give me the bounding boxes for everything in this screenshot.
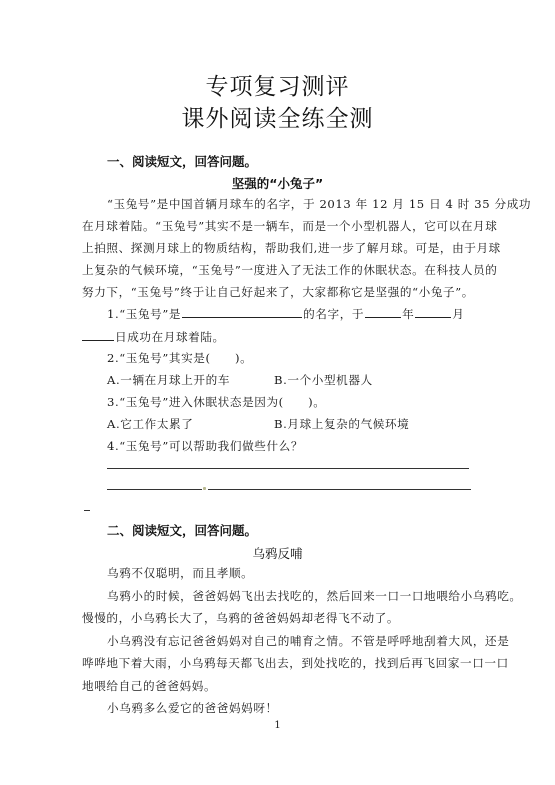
passage-1-line: “玉兔号”是中国首辆月球车的名字，于 2013 年 12 月 15 日 4 时 … <box>107 196 474 212</box>
section-2-heading: 二、阅读短文，回答问题。 <box>107 521 257 539</box>
answer-blank-month[interactable] <box>415 305 451 318</box>
option-text: 它工作太累了 <box>120 417 193 431</box>
question-text: 的名字，于 <box>303 307 364 321</box>
passage-2-line: 哗哗地下着大雨，小乌鸦每天都飞出去，到处找吃的，找到后再飞回家一口一口 <box>82 655 474 671</box>
question-4: 4.“玉兔号”可以帮助我们做些什么？ <box>107 438 474 454</box>
question-text: “玉兔号”进入休眠状态是因为( )。 <box>119 395 325 409</box>
question-text: 年 <box>402 307 414 321</box>
passage-1-line: 上复杂的气候环境，“玉兔号”一度进入了无法工作的休眠状态。在科技人员的 <box>82 262 474 278</box>
question-2: 2.“玉兔号”其实是( )。 <box>107 350 474 366</box>
option-3a[interactable]: A.它工作太累了 <box>107 416 193 432</box>
passage-2-line: 小乌鸦没有忘记爸爸妈妈对自己的哺育之情。不管是呼呼地刮着大风，还是 <box>107 633 474 649</box>
question-1-continued: 日成功在月球着陆。 <box>82 328 474 345</box>
option-label: B. <box>274 373 287 387</box>
question-number: 4. <box>107 439 119 453</box>
answer-blank-name[interactable] <box>182 305 302 318</box>
period-mark <box>203 487 206 490</box>
question-number: 3. <box>107 395 119 409</box>
passage-1-line: 努力下，“玉兔号”终于让自己好起来了，大家都称它是坚强的“小兔子”。 <box>82 284 474 300</box>
answer-blank-day[interactable] <box>82 328 114 341</box>
option-2b[interactable]: B.一个小型机器人 <box>274 372 373 388</box>
option-2a[interactable]: A.一辆在月球上开的车 <box>107 372 230 388</box>
option-3b[interactable]: B.月球上复杂的气候环境 <box>274 416 409 432</box>
question-text: “玉兔号”可以帮助我们做些什么？ <box>119 439 303 453</box>
passage-1-line: 在月球着陆。“玉兔号”其实不是一辆车，而是一个小型机器人，它可以在月球 <box>82 218 474 234</box>
document-page: 专项复习测评 课外阅读全练全测 一、阅读短文，回答问题。 坚强的“小兔子” “玉… <box>0 0 555 785</box>
document-subtitle: 课外阅读全练全测 <box>0 100 555 133</box>
answer-blank-year[interactable] <box>365 305 401 318</box>
document-title: 专项复习测评 <box>0 68 555 101</box>
page-number: 1 <box>0 720 555 731</box>
question-number: 2. <box>107 351 119 365</box>
passage-1-title: 坚强的“小兔子” <box>0 174 555 192</box>
question-3: 3.“玉兔号”进入休眠状态是因为( )。 <box>107 394 474 410</box>
question-text: “玉兔号”是 <box>119 307 181 321</box>
option-label: A. <box>107 373 120 387</box>
option-label: A. <box>107 417 120 431</box>
option-text: 一个小型机器人 <box>287 373 372 387</box>
passage-2-line: 慢慢的，小乌鸦长大了，乌鸦的爸爸妈妈却老得飞不动了。 <box>82 610 474 626</box>
stray-dash-mark <box>84 510 90 511</box>
option-label: B. <box>274 417 287 431</box>
question-text: “玉兔号”其实是( )。 <box>119 351 252 365</box>
passage-1-line: 上拍照、探测月球上的物质结构，帮助我们,进一步了解月球。可是，由于月球 <box>82 240 474 256</box>
answer-line-2a[interactable] <box>107 489 202 490</box>
passage-2-line: 地喂给自己的爸爸妈妈。 <box>82 678 474 694</box>
passage-2-line: 乌鸦不仅聪明，而且孝顺。 <box>107 565 474 581</box>
passage-2-line: 乌鸦小的时候，爸爸妈妈飞出去找吃的，然后回来一口一口地喂给小乌鸦吃。 <box>107 588 474 604</box>
section-1-heading: 一、阅读短文，回答问题。 <box>107 152 257 170</box>
option-text: 月球上复杂的气候环境 <box>287 417 409 431</box>
question-1: 1.“玉兔号”是的名字，于年月 <box>107 305 474 322</box>
question-number: 1. <box>107 307 119 321</box>
answer-line-1[interactable] <box>107 468 469 469</box>
question-text: 月 <box>452 307 464 321</box>
passage-2-line: 小乌鸦多么爱它的爸爸妈妈呀！ <box>107 700 474 716</box>
answer-line-2b[interactable] <box>208 489 471 490</box>
passage-2-title: 乌鸦反哺 <box>0 544 555 562</box>
option-text: 一辆在月球上开的车 <box>120 373 230 387</box>
question-text: 日成功在月球着陆。 <box>115 330 225 344</box>
